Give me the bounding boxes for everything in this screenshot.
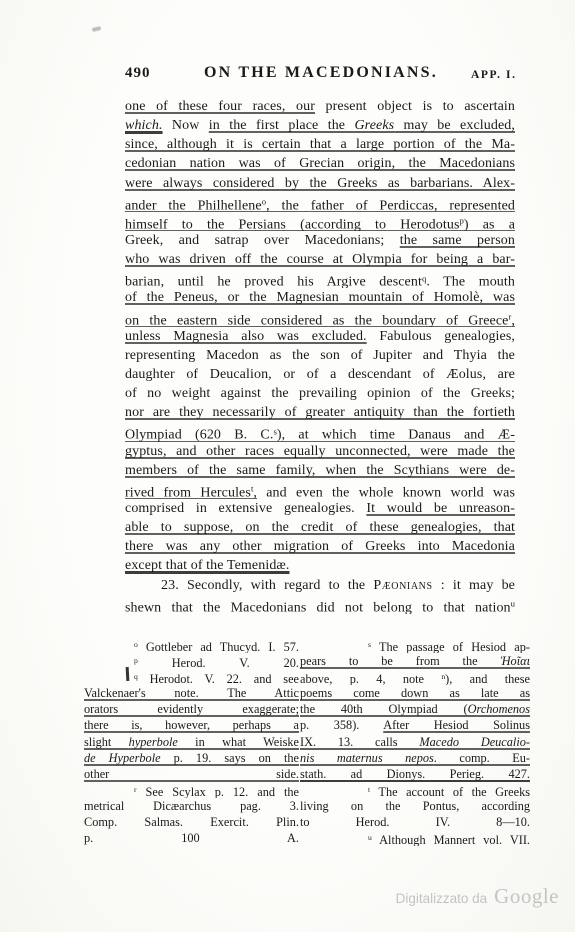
text-segment: Olympiad (620 B. C.	[125, 428, 273, 442]
text-line: daughter of Deucalion, or of a descendan…	[125, 365, 515, 384]
text-line: p Herod. V. 20.	[84, 653, 299, 669]
text-line: ander the Philhelleneo, the father of Pe…	[125, 193, 515, 212]
text-segment: ander the Philhellene	[125, 198, 262, 212]
text-line: stath. ad Dionys. Perieg. 427.	[300, 766, 530, 782]
text-segment: above, p. 4, note	[300, 672, 441, 685]
text-segment: gyptus, and other races equally unconnec…	[125, 444, 515, 459]
text-line: which. Now in the first place the Greeks…	[125, 116, 515, 135]
text-segment: orators evidently exaggerate;	[84, 702, 299, 716]
text-line: able to suppose, on the credit of these …	[125, 518, 515, 537]
text-segment: . The mouth	[426, 275, 515, 289]
text-line: nor are they necessarily of greater anti…	[125, 403, 515, 422]
text-segment: able to suppose, on the credit of these …	[125, 520, 515, 535]
text-line: one of these four races, our present obj…	[125, 97, 515, 116]
text-line: representing Macedon as the son of Jupit…	[125, 346, 515, 365]
text-segment: It would be unreason-	[366, 501, 515, 516]
footnote-marker: u	[511, 600, 515, 614]
text-line: q Herodot. V. 22. and see	[84, 669, 299, 685]
text-segment: in the first place the	[209, 118, 355, 133]
text-line: de Hyperbole p. 19. says on the	[84, 750, 299, 766]
text-segment	[138, 656, 172, 669]
text-line: members of the same family, when the Scy…	[125, 461, 515, 480]
text-segment: Pæonians	[373, 578, 432, 593]
text-line: o Gottleber ad Thucyd. I. 57.	[84, 637, 299, 653]
text-segment: daughter of Deucalion, or of a descendan…	[125, 367, 515, 382]
text-segment: nis maternus nepos	[300, 751, 434, 765]
text-segment: Although Mannert vol. VII.	[372, 833, 530, 846]
text-line: metrical Dicæarchus pag. 3.	[84, 798, 299, 814]
text-segment: of no weight against the prevailing opin…	[125, 386, 515, 401]
text-line: pears to be from the Ἠοῖαι	[300, 653, 530, 669]
body-text: one of these four races, our present obj…	[125, 97, 515, 614]
text-segment: barian, until he proved his Argive desce…	[125, 275, 422, 289]
text-line: p. 358). After Hesiod Solinus	[300, 717, 530, 733]
text-segment: cedonian nation was of Grecian origin, t…	[125, 156, 515, 171]
text-line: Greek, and satrap over Macedonians; the …	[125, 231, 515, 250]
text-line: there is, however, perhaps a	[84, 717, 299, 733]
text-segment: rived from Hercules	[125, 485, 251, 499]
text-line: cedonian nation was of Grecian origin, t…	[125, 154, 515, 173]
text-segment: ) as a	[464, 217, 515, 231]
text-line: rived from Herculest, and even the whole…	[125, 480, 515, 499]
text-line: himself to the Persians (according to He…	[125, 212, 515, 231]
text-segment: : it may be	[433, 578, 515, 593]
scanned-book-page: 490 ON THE MACEDONIANS. APP. I. one of t…	[0, 0, 575, 932]
text-line: to Herod. IV. 8—10.	[300, 814, 530, 830]
text-segment: Ἠοῖαι	[500, 654, 530, 668]
text-line: living on the Pontus, according	[300, 798, 530, 814]
text-segment: himself to the Persians (according to He…	[125, 217, 460, 231]
text-segment: and even the whole known world was	[257, 485, 515, 499]
text-segment	[371, 640, 379, 653]
text-line: on the eastern side considered as the bo…	[125, 308, 515, 327]
text-line: orators evidently exaggerate;	[84, 701, 299, 717]
text-segment: there is, however, perhaps a	[84, 718, 299, 732]
text-segment: one of these four races, our	[125, 99, 315, 114]
text-segment: de Hyperbole	[84, 751, 161, 765]
text-segment: Fabulous genealogies,	[367, 329, 515, 344]
text-segment: The account of the Greeks	[370, 785, 530, 798]
superscript: u	[511, 599, 515, 609]
text-segment: comprised in extensive genealogies.	[125, 501, 366, 516]
scan-smudge-mark	[92, 26, 102, 32]
text-line: of no weight against the prevailing opin…	[125, 384, 515, 403]
text-segment: of the Peneus, or the Magnesian mountain…	[125, 290, 515, 305]
text-segment: ), and these	[445, 672, 530, 685]
text-segment: p. 19. says on the	[161, 751, 299, 765]
text-segment: After Hesiod Solinus	[383, 718, 530, 732]
text-segment: slight	[84, 735, 129, 749]
text-line: other side.	[84, 766, 299, 782]
text-segment: and see	[242, 672, 299, 685]
text-segment: the same person	[400, 233, 515, 248]
text-line: Comp. Salmas. Exercit. Plin.	[84, 814, 299, 830]
footnotes-right-column: s The passage of Hesiod ap-pears to be f…	[300, 637, 530, 846]
text-segment: on the eastern side considered as the bo…	[125, 313, 509, 327]
text-segment: IX. 13. calls	[300, 735, 419, 749]
text-segment: except that of the Temenidæ.	[125, 558, 289, 573]
text-segment: to Herod. IV. 8—10.	[300, 815, 530, 829]
text-segment	[138, 672, 150, 685]
text-segment: stath. ad Dionys. Perieg. 427.	[300, 767, 530, 781]
text-segment: members of the same family, when the Scy…	[125, 463, 515, 478]
text-line: u Although Mannert vol. VII.	[300, 830, 530, 846]
text-line: the 40th Olympiad (Orchomenos	[300, 701, 530, 717]
text-segment: metrical Dicæarchus pag. 3.	[84, 799, 299, 813]
text-segment: ), at which time Danaus and Æ-	[277, 428, 515, 442]
text-segment: Comp. Salmas. Exercit. Plin.	[84, 815, 299, 829]
text-line: 23. Secondly, with regard to the Pæonian…	[125, 576, 515, 595]
text-segment: The passage of Hesiod ap-	[379, 640, 530, 653]
google-logo-text: Google	[494, 884, 559, 909]
text-segment: may be excluded,	[394, 118, 515, 133]
text-segment: See Scylax p. 12. and the	[137, 785, 299, 798]
text-line: above, p. 4, note n), and these	[300, 669, 530, 685]
text-segment: were always considered by the Greeks as …	[125, 176, 515, 191]
text-line: unless Magnesia also was excluded. Fabul…	[125, 327, 515, 346]
text-segment: Orchomenos	[468, 702, 530, 716]
text-line: there was any other migration of Greeks …	[125, 537, 515, 556]
text-segment: ,	[511, 313, 515, 327]
text-segment: present object is to ascertain	[315, 99, 515, 114]
google-watermark: Digitalizzato da Google	[396, 884, 559, 909]
text-line: p. 100 A.	[84, 830, 299, 846]
text-segment: hyperbole	[129, 735, 178, 749]
text-line: who was driven off the course at Olympia…	[125, 250, 515, 269]
text-line: were always considered by the Greeks as …	[125, 174, 515, 193]
text-line: s The passage of Hesiod ap-	[300, 637, 530, 653]
text-segment: Macedo Deucalio-	[419, 735, 530, 749]
text-segment: other side.	[84, 767, 299, 781]
text-line: nis maternus nepos. comp. Eu-	[300, 750, 530, 766]
text-segment: nor are they necessarily of greater anti…	[125, 405, 515, 420]
text-segment: in what Weiske	[178, 735, 299, 749]
text-segment: representing Macedon as the son of Jupit…	[125, 348, 515, 363]
text-segment: p. 100 A.	[84, 831, 299, 845]
text-segment: Herod. V. 20.	[172, 656, 299, 669]
text-segment: poems come down as late as	[300, 686, 530, 700]
text-line: except that of the Temenidæ.	[125, 556, 515, 575]
text-segment: shewn that the Macedonians did not belon…	[125, 600, 511, 614]
text-segment: there was any other migration of Greeks …	[125, 539, 515, 554]
text-segment: 23. Secondly, with regard to the	[161, 578, 373, 593]
text-line: shewn that the Macedonians did not belon…	[125, 595, 515, 614]
watermark-prefix: Digitalizzato da	[396, 891, 488, 906]
text-line: r See Scylax p. 12. and the	[84, 782, 299, 798]
text-line: of the Peneus, or the Magnesian mountain…	[125, 288, 515, 307]
text-segment: Herodot. V. 22.	[150, 672, 242, 685]
text-segment: Now	[163, 118, 209, 133]
text-segment: unless Magnesia also was excluded.	[125, 329, 367, 344]
text-segment: living on the Pontus, according	[300, 799, 530, 813]
page-number: 490	[125, 65, 151, 82]
text-line: IX. 13. calls Macedo Deucalio-	[300, 734, 530, 750]
appendix-label: APP. I.	[471, 69, 517, 81]
text-segment: Valckenaer's note. The Attic	[84, 686, 299, 700]
text-segment: pears to be from the	[300, 654, 500, 668]
text-line: Olympiad (620 B. C.s), at which time Dan…	[125, 422, 515, 441]
text-segment: p. 358).	[300, 718, 383, 732]
footnotes-left-column: o Gottleber ad Thucyd. I. 57.p Herod. V.…	[84, 637, 299, 846]
text-line: poems come down as late as	[300, 685, 530, 701]
text-segment: since, although it is certain that a lar…	[125, 137, 515, 152]
text-segment: Greeks	[354, 118, 394, 133]
text-line: slight hyperbole in what Weiske	[84, 734, 299, 750]
text-segment: the 40th Olympiad (	[300, 702, 468, 716]
text-segment: Greek, and satrap over Macedonians;	[125, 233, 400, 248]
text-segment: which.	[125, 118, 163, 133]
text-line: gyptus, and other races equally unconnec…	[125, 442, 515, 461]
text-line: t The account of the Greeks	[300, 782, 530, 798]
text-line: barian, until he proved his Argive desce…	[125, 269, 515, 288]
text-segment: Gottleber ad Thucyd. I. 57.	[138, 640, 299, 653]
text-segment: . comp. Eu-	[434, 751, 530, 765]
text-line: comprised in extensive genealogies. It w…	[125, 499, 515, 518]
text-segment: , the father of Perdiccas, represented	[266, 198, 515, 212]
running-title: ON THE MACEDONIANS.	[204, 64, 438, 82]
text-line: Valckenaer's note. The Attic	[84, 685, 299, 701]
text-segment: who was driven off the course at Olympia…	[125, 252, 515, 267]
text-line: since, although it is certain that a lar…	[125, 135, 515, 154]
